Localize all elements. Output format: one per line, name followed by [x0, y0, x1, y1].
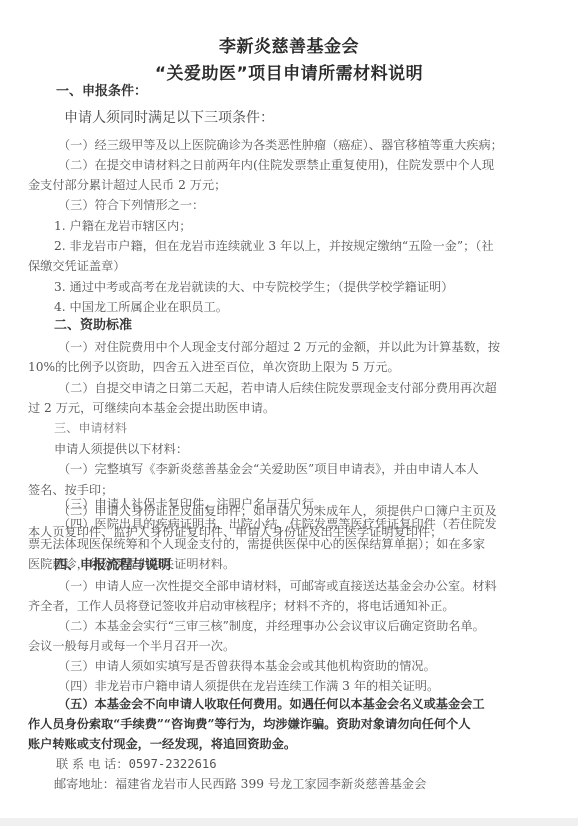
section2-item1-line1: （一）对住院费用中个人现金支付部分超过 2 万元的金额，并以此为计算基数，按 — [58, 339, 500, 355]
section1-item2-line2: 金支付部分累计超过人民币 2 万元； — [28, 177, 226, 193]
section3-item4-line1: （四）医院出具的疾病证明书、出院小结、住院发票等医疗凭证复印件（若住院发 — [58, 516, 497, 532]
page-bottom-edge — [0, 818, 578, 826]
section1-item1: （一）经三级甲等及以上医院确诊为各类恶性肿瘤（癌症）、器官移植等重大疾病； — [58, 137, 503, 153]
section3-item4-line2: 票无法体现医保统筹和个人现金支付的，需提供医保中心的医保结算单据）；如在多家 — [28, 536, 485, 552]
contact-phone-label: 联 系 电 话： — [56, 757, 129, 771]
section1-intro: 申请人须同时满足以下三项条件： — [64, 110, 274, 126]
section1-sub2-line2: 保缴交凭证盖章） — [28, 258, 126, 274]
contact-address-label: 邮寄地址： — [54, 777, 115, 791]
section2-item1-line2: 10%的比例予以资助，四舍五入进至百位，单次资助上限为 5 万元。 — [28, 359, 400, 375]
section4-item1-line1: （一）申请人应一次性提交全部申请材料，可邮寄或直接送达基金会办公室。材料 — [58, 578, 497, 594]
section4-item1-line2: 齐全者，工作人员将登记签收并启动审核程序；材料不齐的，将电话通知补正。 — [28, 598, 455, 614]
section4-item4: （四）非龙岩市户籍申请人须提供在龙岩连续工作满 3 年的相关证明。 — [58, 678, 439, 694]
contact-address: 福建省龙岩市人民西路 399 号龙工家园李新炎慈善基金会 — [115, 777, 426, 791]
document-page: 李新炎慈善基金会 “关爱助医”项目申请所需材料说明 一、申报条件： 申请人须同时… — [0, 0, 578, 819]
section2-item2-line1: （二）自提交申请之日第二天起，若申请人后续住院发票现金支付部分费用再次超 — [58, 380, 497, 396]
section2-heading: 二、资助标准 — [54, 318, 132, 334]
contact-phone: 0597-2322616 — [129, 757, 217, 771]
section4-item2-line1: （二）本基金会实行“三审三核”制度，并经理事办公会议审议后确定资助名单。 — [58, 618, 485, 634]
document-title-foundation: 李新炎慈善基金会 — [0, 32, 578, 57]
section1-sub4: 4. 中国龙工所属企业在职员工。 — [54, 299, 228, 315]
section3-heading: 三、申请材料 — [54, 420, 127, 436]
document-title-project: “关爱助医”项目申请所需材料说明 — [0, 59, 578, 84]
section1-sub2-line1: 2. 非龙岩市户籍，但在龙岩市连续就业 3 年以上，并按规定缴纳“五险一金”；（… — [54, 238, 494, 254]
section3-item1-line1: （一）完整填写《李新炎慈善基金会“关爱助医”项目申请表》，并由申请人本人 — [58, 461, 479, 477]
section2-item2-line2: 过 2 万元，可继续向本基金会提出助医申请。 — [28, 400, 275, 416]
contact-address-row: 邮寄地址：福建省龙岩市人民西路 399 号龙工家园李新炎慈善基金会 — [54, 776, 426, 792]
section3-item3: （三）申请人社保卡复印件，注明户名与开户行。 — [58, 496, 326, 512]
section4-heading: 四、申报流程与说明 — [54, 558, 171, 574]
section1-heading: 一、申报条件： — [56, 84, 147, 100]
contact-phone-row: 联 系 电 话：0597-2322616 — [56, 756, 217, 772]
section4-item5-line3: 账户转账或支付现金，一经发现，将追回资助金。 — [28, 736, 296, 752]
section4-item5-line2: 作人员身份索取“手续费”“咨询费”等行为，均涉嫌诈骗。资助对象请勿向任何个人 — [28, 716, 470, 732]
section3-intro: 申请人须提供以下材料： — [54, 441, 188, 457]
section1-sub3: 3. 通过中考或高考在龙岩就读的大、中专院校学生；（提供学校学籍证明） — [54, 279, 453, 295]
section4-item2-line2: 会议一般每月或每一个半月召开一次。 — [28, 638, 235, 654]
section1-item3: （三）符合下列情形之一： — [58, 197, 204, 213]
section1-item2-line1: （二）在提交申请材料之日前两年内(住院发票禁止重复使用)，住院发票中个人现 — [58, 157, 494, 173]
section1-sub1: 1. 户籍在龙岩市辖区内； — [54, 218, 191, 234]
section4-item3: （三）申请人须如实填写是否曾获得本基金会或其他机构资助的情况。 — [58, 658, 436, 674]
section4-item5-line1: （五）本基金会不向申请人收取任何费用。如遇任何以本基金会名义或基金会工 — [58, 696, 485, 712]
